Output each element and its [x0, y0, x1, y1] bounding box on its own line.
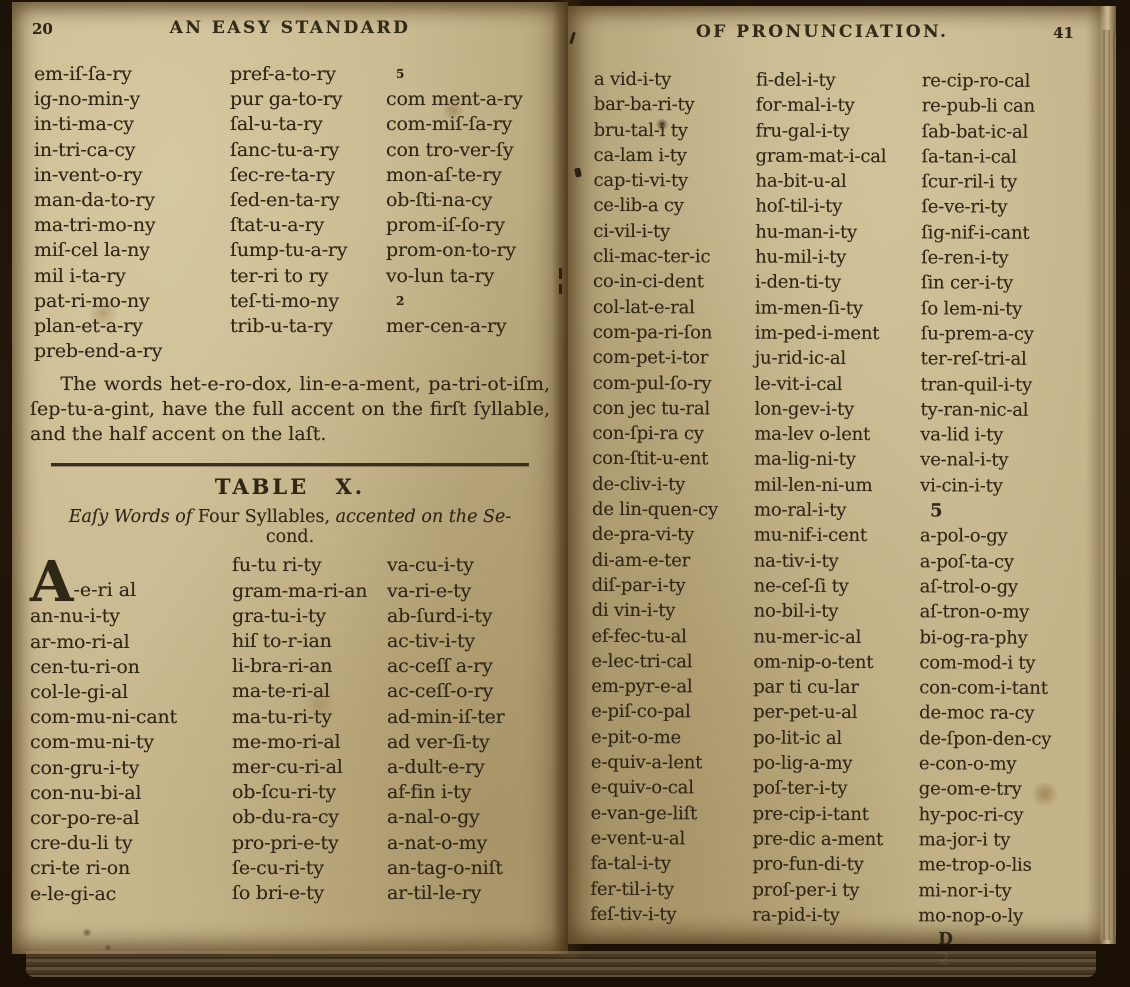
word-entry: ar-mo-ri-al — [30, 630, 232, 655]
accent-group-number: 5 — [386, 62, 566, 87]
word-entry: ſed-en-ta-ry — [230, 188, 386, 213]
word-entry: cri-te ri-on — [30, 856, 232, 881]
word-entry: ad ver-ſi-ty — [387, 730, 557, 755]
word-entry: im-ped-i-ment — [755, 321, 921, 347]
word-entry: af-fin i-ty — [387, 780, 557, 805]
word-entry: bar-ba-ri-ty — [594, 92, 756, 118]
word-entry: de-moc ra-cy — [919, 701, 1104, 727]
word-entry: ce-lib-a cy — [593, 193, 755, 219]
word-entry: ar-til-le-ry — [387, 881, 557, 906]
word-entry: a-poſ-ta-cy — [920, 549, 1105, 575]
word-entry: ſo lem-ni-ty — [921, 296, 1106, 322]
word-entry: a-dult-e-ry — [387, 755, 557, 780]
word-entry: vi-cin-i-ty — [920, 473, 1105, 499]
word-entry: ve-nal-i-ty — [920, 448, 1105, 474]
word-entry: e-lec-tri-cal — [591, 649, 753, 675]
word-entry: fa-tal-i-ty — [590, 851, 752, 877]
word-entry: pro-pri-e-ty — [232, 831, 387, 856]
word-entry: ob-ſcu-ri-ty — [232, 780, 387, 805]
word-entry: de-cliv-i-ty — [592, 472, 754, 498]
word-entry: mil-len-ni-um — [754, 472, 920, 498]
word-entry: hoſ-til-i-ty — [755, 194, 921, 220]
word-entry: ty-ran-nic-al — [920, 397, 1105, 423]
dropcap-row: A -e-ri al — [30, 553, 232, 604]
word-entry: com-mod-i ty — [919, 650, 1104, 676]
word-entry: ha-bit-u-al — [755, 169, 921, 195]
word-entry: prom-iſ-ſo-ry — [386, 213, 566, 238]
word-entry: re-cip-ro-cal — [922, 68, 1107, 94]
word-entry: ter-ri to ry — [230, 264, 386, 289]
word-column: pref-a-to-rypur ga-to-ryſal-u-ta-ryſanc-… — [230, 62, 386, 364]
word-entry: mon-aſ-te-ry — [386, 163, 566, 188]
word-entry: va-cu-i-ty — [387, 553, 557, 578]
word-entry: ſu-prem-a-cy — [921, 321, 1106, 347]
word-entry: a-nal-o-gy — [387, 805, 557, 830]
word-entry: ſec-re-ta-ry — [230, 163, 386, 188]
word-entry: for-mal-i-ty — [756, 93, 922, 119]
word-entry: e-quiv-a-lent — [591, 750, 753, 776]
word-entry: e-con-o-my — [919, 751, 1104, 777]
word-entry: re-pub-li can — [922, 94, 1107, 120]
word-entry: nu-mer-ic-al — [753, 624, 919, 650]
page-edge-stack-right — [1100, 30, 1116, 940]
word-entry: pur ga-to-ry — [230, 87, 386, 112]
word-entry: poſ-ter-i-ty — [753, 776, 919, 802]
word-entry: em-pyr-e-al — [591, 674, 753, 700]
word-column: re-cip-ro-calre-pub-li canſab-bat-ic-alſ… — [918, 68, 1107, 970]
word-entry: ob-du-ra-cy — [232, 805, 387, 830]
word-entry: com-pa-ri-ſon — [593, 320, 755, 346]
word-entry: ſig-nif-i-cant — [921, 220, 1106, 246]
word-entry: con-com-i-tant — [919, 675, 1104, 701]
word-entry: ra-pid-i-ty — [752, 902, 918, 928]
word-entry: ſanc-tu-a-ry — [230, 138, 386, 163]
word-entry: ſtat-u-a-ry — [230, 213, 386, 238]
word-entry: co-in-ci-dent — [593, 269, 755, 295]
word-entry: teſ-ti-mo-ny — [230, 289, 386, 314]
word-list: an-nu-i-tyar-mo-ri-alcen-tu-ri-oncol-le-… — [30, 604, 232, 906]
page-number-left: 20 — [32, 20, 53, 38]
subtitle-continuation: cond. — [12, 527, 568, 547]
word-column: fu-tu ri-tygram-ma-ri-angra-tu-i-tyhiſ t… — [232, 553, 387, 906]
word-entry: par ti cu-lar — [753, 675, 919, 701]
word-entry: cor-po-re-al — [30, 806, 232, 831]
word-entry: mil i-ta-ry — [34, 264, 230, 289]
word-entry: con-ſpi-ra cy — [592, 421, 754, 447]
word-entry: e-pit-o-me — [591, 725, 753, 751]
word-entry: e-vent-u-al — [591, 826, 753, 852]
word-entry: con tro-ver-ſy — [386, 138, 566, 163]
left-page-header: 20 AN EASY STANDARD — [12, 2, 568, 58]
subtitle-part: Four Syllables, — [198, 507, 330, 527]
word-entry: col-lat-e-ral — [593, 295, 755, 321]
word-entry: po-lig-a-my — [753, 751, 919, 777]
word-entry: im-men-ſi-ty — [755, 295, 921, 321]
page-number-right: 41 — [1053, 24, 1074, 42]
word-column: a vid-i-tybar-ba-ri-tybru-tal-i tyca-lam… — [590, 67, 756, 969]
word-entry: per-pet-u-al — [753, 700, 919, 726]
word-entry: col-le-gi-al — [30, 680, 232, 705]
word-entry: miſ-cel la-ny — [34, 238, 230, 263]
word-entry: com-pet-i-tor — [593, 345, 755, 371]
word-entry: e-piſ-co-pal — [591, 699, 753, 725]
word-entry: plan-et-a-ry — [34, 314, 230, 339]
word-entry: a vid-i-ty — [594, 67, 756, 93]
word-entry: na-tiv-i-ty — [754, 548, 920, 574]
word-entry: va-ri-e-ty — [387, 579, 557, 604]
word-entry: e-quiv-o-cal — [591, 775, 753, 801]
word-entry: me-mo-ri-al — [232, 730, 387, 755]
word-entry: ca-lam i-ty — [594, 143, 756, 169]
word-entry: con-gru-i-ty — [30, 756, 232, 781]
word-entry: cen-tu-ri-on — [30, 655, 232, 680]
accent-group-number: 5 — [920, 498, 1105, 524]
word-entry: em-iſ-ſa-ry — [34, 62, 230, 87]
word-entry: ſab-bat-ic-al — [922, 119, 1107, 145]
word-entry: ma-lev o-lent — [754, 422, 920, 448]
word-entry: com-miſ-ſa-ry — [386, 112, 566, 137]
word-entry: ac-tiv-i-ty — [387, 629, 557, 654]
word-entry: com-mu-ni-cant — [30, 705, 232, 730]
word-entry: com ment-a-ry — [386, 87, 566, 112]
running-head-right: OF PRONUNCIATION. — [568, 22, 1116, 42]
word-entry: com-mu-ni-ty — [30, 730, 232, 755]
word-entry: trib-u-ta-ry — [230, 314, 386, 339]
word-entry: gram-mat-i-cal — [756, 143, 922, 169]
word-entry: tran-quil-i-ty — [921, 372, 1106, 398]
word-entry: ſe-cu-ri-ty — [232, 856, 387, 881]
word-entry: ter-reſ-tri-al — [921, 347, 1106, 373]
word-entry: ma-te-ri-al — [232, 679, 387, 704]
word-entry: mi-nor-i-ty — [918, 878, 1103, 904]
word-entry: pre-dic a-ment — [753, 826, 919, 852]
word-entry: hy-poc-ri-cy — [919, 802, 1104, 828]
word-entry: ſal-u-ta-ry — [230, 112, 386, 137]
word-entry: a-nat-o-my — [387, 831, 557, 856]
word-entry: ma-lig-ni-ty — [754, 447, 920, 473]
word-entry: com-pul-ſo-ry — [593, 370, 755, 396]
word-entry: bru-tal-i ty — [594, 117, 756, 143]
word-entry: fer-til-i-ty — [590, 876, 752, 902]
word-entry: feſ-tiv-i-ty — [590, 902, 752, 928]
word-entry: mer-cu-ri-al — [232, 755, 387, 780]
table-ten-columns: A -e-ri al an-nu-i-tyar-mo-ri-alcen-tu-r… — [30, 553, 568, 906]
word-entry: pref-a-to-ry — [230, 62, 386, 87]
word-entry: ig-no-min-y — [34, 87, 230, 112]
word-entry: ge-om-e-try — [919, 777, 1104, 803]
subtitle-part: accented on the Se- — [336, 507, 512, 527]
word-entry: cli-mac-ter-ic — [593, 244, 755, 270]
word-entry: di vin-i-ty — [592, 598, 754, 624]
word-entry: ſe-ve-ri-ty — [921, 195, 1106, 221]
section-rule — [51, 463, 529, 466]
word-entry: fu-tu ri-ty — [232, 553, 387, 578]
word-entry: li-bra-ri-an — [232, 654, 387, 679]
word-entry: me-trop-o-lis — [918, 852, 1103, 878]
word-entry: de lin-quen-cy — [592, 497, 754, 523]
word-entry: ma-tu-ri-ty — [232, 705, 387, 730]
left-page: 20 AN EASY STANDARD em-iſ-ſa-ryig-no-min… — [12, 2, 568, 954]
right-page: OF PRONUNCIATION. 41 a vid-i-tybar-ba-ri… — [568, 6, 1116, 944]
word-entry: ac-ceſſ a-ry — [387, 654, 557, 679]
word-entry: an-tag-o-niſt — [387, 856, 557, 881]
word-entry: con-ſtit-u-ent — [592, 446, 754, 472]
word-entry: preb-end-a-ry — [34, 339, 230, 364]
word-entry: i-den-ti-ty — [755, 270, 921, 296]
word-entry: pre-cip-i-tant — [753, 801, 919, 827]
running-head-left: AN EASY STANDARD — [12, 18, 568, 38]
word-column: A -e-ri al an-nu-i-tyar-mo-ri-alcen-tu-r… — [30, 553, 232, 906]
right-table-columns: a vid-i-tybar-ba-ri-tybru-tal-i tyca-lam… — [590, 67, 1118, 970]
table-ten-subtitle: Eaſy Words of Four Syllables, accented o… — [12, 507, 568, 527]
drop-cap: A — [30, 560, 73, 604]
word-entry: in-vent-o-ry — [34, 163, 230, 188]
word-entry: ne-ceſ-ſi ty — [754, 574, 920, 600]
word-entry: hu-mil-i-ty — [755, 245, 921, 271]
word-entry: cap-ti-vi-ty — [593, 168, 755, 194]
word-entry: mo-nop-o-ly — [918, 903, 1103, 929]
word-entry: bi-og-ra-phy — [919, 625, 1104, 651]
word-entry: gra-tu-i-ty — [232, 604, 387, 629]
word-entry: de-pra-vi-ty — [592, 522, 754, 548]
word-entry: e-le-gi-ac — [30, 882, 232, 907]
word-entry: mu-nif-i-cent — [754, 523, 920, 549]
word-column: 5com ment-a-rycom-miſ-ſa-rycon tro-ver-ſ… — [386, 62, 566, 364]
word-entry: in-tri-ca-cy — [34, 138, 230, 163]
word-entry: fi-del-i-ty — [756, 68, 922, 94]
word-entry: ju-rid-ic-al — [755, 346, 921, 372]
word-entry: an-nu-i-ty — [30, 604, 232, 629]
word-entry: ma-tri-mo-ny — [34, 213, 230, 238]
word-entry: de-ſpon-den-cy — [919, 726, 1104, 752]
word-entry: ad-min-iſ-ter — [387, 705, 557, 730]
word-entry: di-am-e-ter — [592, 547, 754, 573]
word-entry: om-nip-o-tent — [753, 649, 919, 675]
word-entry: ſcur-ril-i ty — [921, 169, 1106, 195]
word-entry: ma-jor-i ty — [919, 827, 1104, 853]
right-page-header: OF PRONUNCIATION. 41 — [568, 6, 1116, 62]
word-entry: ſump-tu-a-ry — [230, 238, 386, 263]
accent-group-number: 2 — [386, 289, 566, 314]
word-entry: vo-lun ta-ry — [386, 264, 566, 289]
word-entry: in-ti-ma-cy — [34, 112, 230, 137]
word-entry: a-pol-o-gy — [920, 524, 1105, 550]
word-column: fi-del-i-tyfor-mal-i-tyfru-gal-i-tygram-… — [752, 68, 922, 970]
accent-note-paragraph: The words het-e-ro-dox, lin-e-a-ment, pa… — [30, 372, 550, 447]
word-entry: ef-fec-tu-al — [591, 623, 753, 649]
subtitle-part: Eaſy Words of — [69, 507, 193, 527]
word-entry: pro-fun-di-ty — [752, 852, 918, 878]
word-entry: aſ-trol-o-gy — [920, 574, 1105, 600]
word-entry: con-nu-bi-al — [30, 781, 232, 806]
word-entry: fru-gal-i-ty — [756, 118, 922, 144]
word-entry: man-da-to-ry — [34, 188, 230, 213]
word-entry: hiſ to-r-ian — [232, 629, 387, 654]
word-entry: mer-cen-a-ry — [386, 314, 566, 339]
table-nine-columns: em-iſ-ſa-ryig-no-min-yin-ti-ma-cyin-tri-… — [34, 62, 568, 364]
word-entry: ſo bri-e-ty — [232, 881, 387, 906]
page-edge-stack-bottom — [26, 951, 1096, 977]
table-ten-title: TABLE X. — [12, 474, 568, 499]
word-entry: po-lit-ic al — [753, 725, 919, 751]
word-entry: hu-man-i-ty — [755, 219, 921, 245]
dropcap-word-rest: -e-ri al — [73, 579, 136, 604]
word-entry: ac-ceſſ-o-ry — [387, 679, 557, 704]
word-column: va-cu-i-tyva-ri-e-tyab-ſurd-i-tyac-tiv-i… — [387, 553, 557, 906]
word-entry: le-vit-i-cal — [755, 371, 921, 397]
word-entry: prom-on-to-ry — [386, 238, 566, 263]
word-entry: diſ-par-i-ty — [592, 573, 754, 599]
word-entry: con jec tu-ral — [592, 396, 754, 422]
word-entry: ſin cer-i-ty — [921, 271, 1106, 297]
word-entry: va-lid i-ty — [920, 422, 1105, 448]
word-entry: lon-gev-i-ty — [754, 396, 920, 422]
book-photo: 20 AN EASY STANDARD em-iſ-ſa-ryig-no-min… — [0, 0, 1130, 987]
word-entry: gram-ma-ri-an — [232, 579, 387, 604]
word-column: em-iſ-ſa-ryig-no-min-yin-ti-ma-cyin-tri-… — [34, 62, 230, 364]
word-entry: e-van-ge-liſt — [591, 800, 753, 826]
word-entry: ob-ſti-na-cy — [386, 188, 566, 213]
word-entry: ſa-tan-i-cal — [922, 144, 1107, 170]
word-entry: ſe-ren-i-ty — [921, 245, 1106, 271]
word-list: fi-del-i-tyfor-mal-i-tyfru-gal-i-tygram-… — [752, 68, 922, 929]
word-entry: ab-ſurd-i-ty — [387, 604, 557, 629]
word-entry: proſ-per-i ty — [752, 877, 918, 903]
word-entry: no-bil-i-ty — [754, 599, 920, 625]
word-entry: mo-ral-i-ty — [754, 498, 920, 524]
word-entry: pat-ri-mo-ny — [34, 289, 230, 314]
word-entry: ci-vil-i-ty — [593, 219, 755, 245]
word-entry: cre-du-li ty — [30, 831, 232, 856]
word-entry: aſ-tron-o-my — [920, 600, 1105, 626]
